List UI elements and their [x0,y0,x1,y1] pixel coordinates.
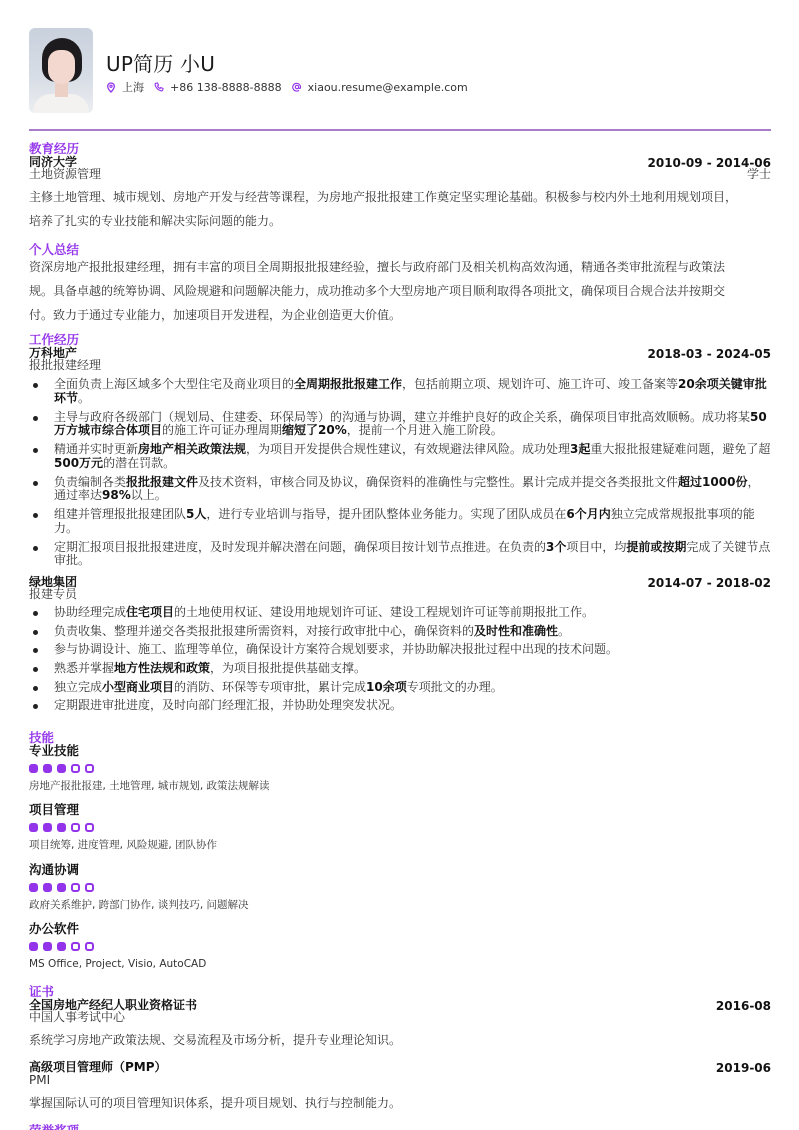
highlight-text: 3起 [570,442,590,456]
bullet-text: 组建并管理报批报建团队 [54,507,186,521]
job-bullet-item: 独立完成小型商业项目的消防、环保等专项审批，累计完成10余项专项批文的办理。 [29,681,771,695]
filled-dot-icon [57,764,66,773]
certificate-date: 2019-06 [716,1061,771,1075]
bullet-text: 的消防、环保等专项审批，累计完成 [174,680,366,694]
candidate-name: UP简历 小U [106,48,215,77]
job-bullet-item: 负责编制各类报批报建文件及技术资料，审核合同及协议，确保资料的准确性与完整性。累… [29,476,771,503]
header-divider [29,129,771,131]
job-bullets: 协助经理完成住宅项目的土地使用权证、建设用地规划许可证、建设工程规划许可证等前期… [29,606,771,718]
summary-line: 付。致力于通过专业能力，加速项目开发进程，为企业创造更大价值。 [29,303,771,327]
skill-name: 项目管理 [29,803,79,817]
highlight-text: 报批报建文件 [126,475,198,489]
bullet-text: 重大报批报建疑难问题，避免了超 [590,442,770,456]
job-bullet-item: 定期汇报项目报批报建进度，及时发现并解决潜在问题，确保项目按计划节点推进。在负责… [29,541,771,568]
filled-dot-icon [43,764,52,773]
filled-dot-icon [29,823,38,832]
job-bullet-item: 负责收集、整理并递交各类报批报建所需资料，对接行政审批中心，确保资料的及时性和准… [29,625,771,639]
job-bullet-item: 主导与政府各级部门（规划局、住建委、环保局等）的沟通与协调，建立并维护良好的政企… [29,411,771,438]
bullet-text: ，包括前期立项、规划许可、施工许可、竣工备案等 [402,377,678,391]
location-pin-icon [106,82,116,93]
highlight-text: 6个月内 [566,507,610,521]
filled-dot-icon [29,942,38,951]
job-bullet-item: 协助经理完成住宅项目的土地使用权证、建设用地规划许可证、建设工程规划许可证等前期… [29,606,771,620]
bullet-text: ，为项目报批提供基础支撑。 [210,661,366,675]
skill-name: 办公软件 [29,922,79,936]
degree: 学士 [747,167,771,181]
skill-level-rating [29,764,99,773]
bullet-text: 专项批文的办理。 [407,680,503,694]
bullet-text: 定期汇报项目报批报建进度，及时发现并解决潜在问题，确保项目按计划节点推进。在负责… [54,540,546,554]
contact-info: 上海 +86 138-8888-8888 xiaou.resume@exampl… [106,79,478,95]
certificate-desc: 系统学习房地产政策法规、交易流程及市场分析，提升专业理论知识。 [29,1028,771,1052]
summary-text: 资深房地产报批报建经理，拥有丰富的项目全周期报批报建经验，擅长与政府部门及相关机… [29,255,771,327]
location-text: 上海 [122,79,144,95]
profile-photo [29,28,93,113]
bullet-text: 的施工许可证办理周期 [162,423,282,437]
bullet-text: 精通并实时更新 [54,442,138,456]
phone-icon [154,82,164,92]
bullet-text: ，为项目开发提供合规性建议，有效规避法律风险。成功处理 [246,442,570,456]
bullet-text: ，提前一个月进入施工阶段。 [347,423,503,437]
job-bullet-item: 参与协调设计、施工、监理等单位，确保设计方案符合规划要求，并协助解决报批过程中出… [29,643,771,657]
filled-dot-icon [57,823,66,832]
filled-dot-icon [57,942,66,951]
bullet-text: 参与协调设计、施工、监理等单位，确保设计方案符合规划要求，并协助解决报批过程中出… [54,642,618,656]
bullet-text: 负责收集、整理并递交各类报批报建所需资料，对接行政审批中心，确保资料的 [54,624,474,638]
section-title-awards: 荣誉奖项 [29,1124,79,1130]
contact-location: 上海 [106,79,144,95]
resume-page: UP简历 小U 上海 +86 138-8888-8888 xiaou.resum… [29,0,771,130]
certificate-name: 高级项目管理师（PMP） [29,1060,167,1074]
contact-email: xiaou.resume@example.com [292,81,468,94]
certificate-issuer: 中国人事考试中心 [29,1010,125,1024]
skill-level-rating [29,942,99,951]
highlight-text: 缩短了20% [282,423,347,437]
skill-name: 专业技能 [29,744,79,758]
bullet-text: 的潜在罚款。 [103,456,175,470]
bullet-text: 主导与政府各级部门（规划局、住建委、环保局等）的沟通与协调，建立并维护良好的政企… [54,410,750,424]
section-title-education: 教育经历 [29,142,79,156]
bullet-text: 。 [558,624,570,638]
filled-dot-icon [57,883,66,892]
highlight-text: 10余项 [366,680,407,694]
bullet-text: 独立完成 [54,680,102,694]
highlight-text: 地方性法规和政策 [114,661,210,675]
bullet-text: 以上。 [131,488,167,502]
job-bullet-item: 全面负责上海区域多个大型住宅及商业项目的全周期报批报建工作，包括前期立项、规划许… [29,378,771,405]
highlight-text: 房地产相关政策法规 [138,442,246,456]
skill-name: 沟通协调 [29,863,79,877]
filled-dot-icon [29,883,38,892]
skill-description: 政府关系维护, 跨部门协作, 谈判技巧, 问题解决 [29,899,249,911]
bullet-text: 熟悉并掌握 [54,661,114,675]
summary-line: 规。具备卓越的统筹协调、风险规避和问题解决能力，成功推动多个大型房地产项目顺利取… [29,279,771,303]
empty-dot-icon [85,823,94,832]
bullet-text: 定期跟进审批进度，及时向部门经理汇报，并协助处理突发状况。 [54,698,402,712]
filled-dot-icon [43,883,52,892]
job-bullet-item: 定期跟进审批进度，及时向部门经理汇报，并协助处理突发状况。 [29,699,771,713]
job-bullet-item: 精通并实时更新房地产相关政策法规，为项目开发提供合规性建议，有效规避法律风险。成… [29,443,771,470]
highlight-text: 及时性和准确性 [474,624,558,638]
skill-level-rating [29,883,99,892]
education-desc-line: 主修土地管理、城市规划、房地产开发与经营等课程，为房地产报批报建工作奠定坚实理论… [29,185,771,209]
filled-dot-icon [43,942,52,951]
empty-dot-icon [85,764,94,773]
resume-header: UP简历 小U 上海 +86 138-8888-8888 xiaou.resum… [29,0,771,130]
skill-description: MS Office, Project, Visio, AutoCAD [29,958,206,970]
job-role: 报批报建经理 [29,358,101,372]
empty-dot-icon [71,883,80,892]
bullet-text: 项目中，均 [566,540,626,554]
phone-text: +86 138-8888-8888 [170,81,282,94]
bullet-text: 。 [78,391,90,405]
job-role: 报建专员 [29,587,77,601]
highlight-text: 住宅项目 [126,605,174,619]
highlight-text: 500万元 [54,456,103,470]
email-text: xiaou.resume@example.com [308,81,468,94]
education-desc-line: 培养了扎实的专业技能和解决实际问题的能力。 [29,209,771,233]
job-bullet-item: 熟悉并掌握地方性法规和政策，为项目报批提供基础支撑。 [29,662,771,676]
bullet-text: ，进行专业培训与指导，提升团队整体业务能力。实现了团队成员在 [206,507,566,521]
bullet-text: 负责编制各类 [54,475,126,489]
highlight-text: 5人 [186,507,206,521]
summary-line: 资深房地产报批报建经理，拥有丰富的项目全周期报批报建经验，擅长与政府部门及相关机… [29,255,771,279]
bullet-text: 及技术资料，审核合同及协议，确保资料的准确性与完整性。累计完成并提交各类报批文件 [198,475,678,489]
bullet-text: 的土地使用权证、建设用地规划许可证、建设工程规划许可证等前期报批工作。 [174,605,594,619]
empty-dot-icon [71,764,80,773]
job-date: 2014-07 - 2018-02 [648,576,772,590]
highlight-text: 提前或按期 [626,540,686,554]
section-title-work: 工作经历 [29,333,79,347]
filled-dot-icon [43,823,52,832]
contact-phone: +86 138-8888-8888 [154,81,282,94]
job-date: 2018-03 - 2024-05 [648,347,772,361]
highlight-text: 98% [102,488,131,502]
job-bullets: 全面负责上海区域多个大型住宅及商业项目的全周期报批报建工作，包括前期立项、规划许… [29,378,771,573]
empty-dot-icon [71,942,80,951]
major: 土地资源管理 [29,167,101,181]
highlight-text: 3个 [546,540,566,554]
empty-dot-icon [85,883,94,892]
empty-dot-icon [71,823,80,832]
at-email-icon [292,82,302,92]
certificate-issuer: PMI [29,1073,50,1087]
skill-description: 项目统筹, 进度管理, 风险规避, 团队协作 [29,839,217,851]
skill-description: 房地产报批报建, 土地管理, 城市规划, 政策法规解读 [29,780,270,792]
highlight-text: 全周期报批报建工作 [294,377,402,391]
highlight-text: 小型商业项目 [102,680,174,694]
education-description: 主修土地管理、城市规划、房地产开发与经营等课程，为房地产报批报建工作奠定坚实理论… [29,185,771,233]
filled-dot-icon [29,764,38,773]
certificate-date: 2016-08 [716,999,771,1013]
bullet-text: 全面负责上海区域多个大型住宅及商业项目的 [54,377,294,391]
highlight-text: 超过1000份 [678,475,747,489]
certificate-desc: 掌握国际认可的项目管理知识体系，提升项目规划、执行与控制能力。 [29,1091,771,1115]
section-title-certificates: 证书 [29,985,54,999]
empty-dot-icon [85,942,94,951]
skill-level-rating [29,823,99,832]
bullet-text: 协助经理完成 [54,605,126,619]
job-bullet-item: 组建并管理报批报建团队5人，进行专业培训与指导，提升团队整体业务能力。实现了团队… [29,508,771,535]
